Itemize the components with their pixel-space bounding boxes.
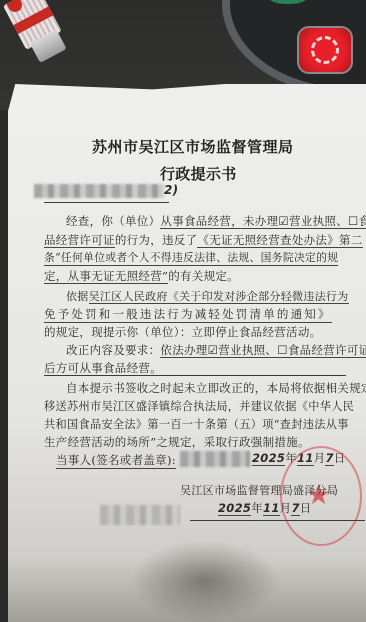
p3-line1: 改正内容及要求：依法办理☑营业执照、☐食品经营许可证 bbox=[66, 342, 366, 358]
p3-fill3: 食品经营许可证 bbox=[288, 343, 366, 358]
p3-line2: 后方可从事食品经营。 bbox=[44, 360, 162, 376]
p1-line1: 经查，你（单位）从事食品经营，未办理☑营业执照、☐食 bbox=[66, 213, 366, 229]
doc-number-underline bbox=[44, 202, 169, 203]
checkbox-food-permit-unchecked: ☐ bbox=[277, 343, 288, 358]
doc-number-suffix: 2) bbox=[164, 183, 178, 197]
issuer-year: 2025 bbox=[218, 501, 251, 516]
p1-fill2: 营业执照、 bbox=[289, 214, 348, 229]
p1-fill3: 食 bbox=[359, 214, 366, 229]
redacted-receipt-area bbox=[100, 505, 180, 525]
p4-line3: 共和国食品安全法》第一百一十条第（五）项“查封违法从事 bbox=[44, 416, 349, 432]
document-title: 行政提示书 bbox=[160, 163, 237, 184]
p3-underline bbox=[44, 375, 346, 376]
p1-line4: 定，从事无证无照经营”的有关规定。 bbox=[44, 268, 239, 284]
receipt-line bbox=[190, 520, 365, 521]
p1-line2-law: 《无证无照经营查处办法》第二 bbox=[197, 233, 362, 248]
p1-line3: 条“任何单位或者个人不得违反法律、法规、国务院决定的规 bbox=[44, 250, 338, 266]
p4-line1: 自本提示书签收之时起未立即改正的，本局将依据相关规定 bbox=[66, 380, 366, 396]
p1-fill: 从事食品经营，未办理 bbox=[160, 214, 278, 229]
p1-line4-text: 的有关规定。 bbox=[168, 269, 239, 283]
checkbox-food-permit-unchecked: ☐ bbox=[348, 214, 359, 229]
party-year: 2025 bbox=[252, 451, 285, 466]
checkbox-business-license-checked: ☑ bbox=[278, 214, 289, 229]
p2-line2: 免予处罚和一般违法行为减轻处罚清单的通知》 bbox=[44, 306, 332, 323]
p1-line2-text: 的行为，违反了 bbox=[115, 233, 198, 247]
p1-line2: 品经营许可证的行为，违反了《无证无照经营查处办法》第二 bbox=[44, 232, 363, 248]
month-unit: 月 bbox=[280, 501, 292, 515]
day-unit: 日 bbox=[300, 501, 312, 515]
p3-fill2: 营业执照、 bbox=[218, 343, 277, 358]
p1-prefix: 经查，你（单位） bbox=[66, 214, 160, 228]
administrative-notice-document: 苏州市吴江区市场监督管理局 行政提示书 2) 经查，你（单位）从事食品经营，未办… bbox=[0, 0, 366, 622]
redacted-doc-number bbox=[34, 184, 164, 198]
checkbox-business-license-checked: ☑ bbox=[208, 343, 219, 358]
issuer-day: 7 bbox=[291, 501, 299, 516]
authority-heading: 苏州市吴江区市场监督管理局 bbox=[92, 136, 294, 157]
p2-prefix: 依据 bbox=[66, 290, 89, 303]
p3-prefix: 改正内容及要求： bbox=[66, 343, 160, 357]
issuer-date: 2025年11月7日 bbox=[218, 500, 312, 516]
p4-line2: 移送苏州市吴江区盛泽镇综合执法局，并建议依据《中华人民 bbox=[44, 398, 354, 414]
year-unit: 年 bbox=[251, 501, 263, 515]
p1-line4-fill: 定，从事无证无照经营” bbox=[44, 269, 168, 284]
p1-line2-fill: 品经营许可证 bbox=[44, 233, 115, 248]
p2-line3: 的规定，现提示你（单位）：立即停止食品经营活动。 bbox=[44, 324, 321, 340]
redacted-signature bbox=[180, 451, 250, 467]
p3-line2-fill: 后方可从事食品经营。 bbox=[44, 361, 162, 376]
p2-line1: 依据吴江区人民政府《关于印发对涉企部分轻微违法行为 bbox=[66, 288, 349, 304]
p4-line4: 生产经营活动的场所”之规定，采取行政强制措施。 bbox=[44, 434, 310, 450]
p2-fill: 吴江区人民政府《关于印发对涉企部分轻微违法行为 bbox=[89, 290, 349, 304]
issuer-name: 吴江区市场监督管理局盛泽分局 bbox=[180, 482, 338, 498]
issuer-month: 11 bbox=[263, 501, 280, 516]
party-signature-label: 当事人(签名或者盖章): bbox=[56, 452, 176, 469]
p3-fill: 依法办理 bbox=[160, 343, 207, 358]
